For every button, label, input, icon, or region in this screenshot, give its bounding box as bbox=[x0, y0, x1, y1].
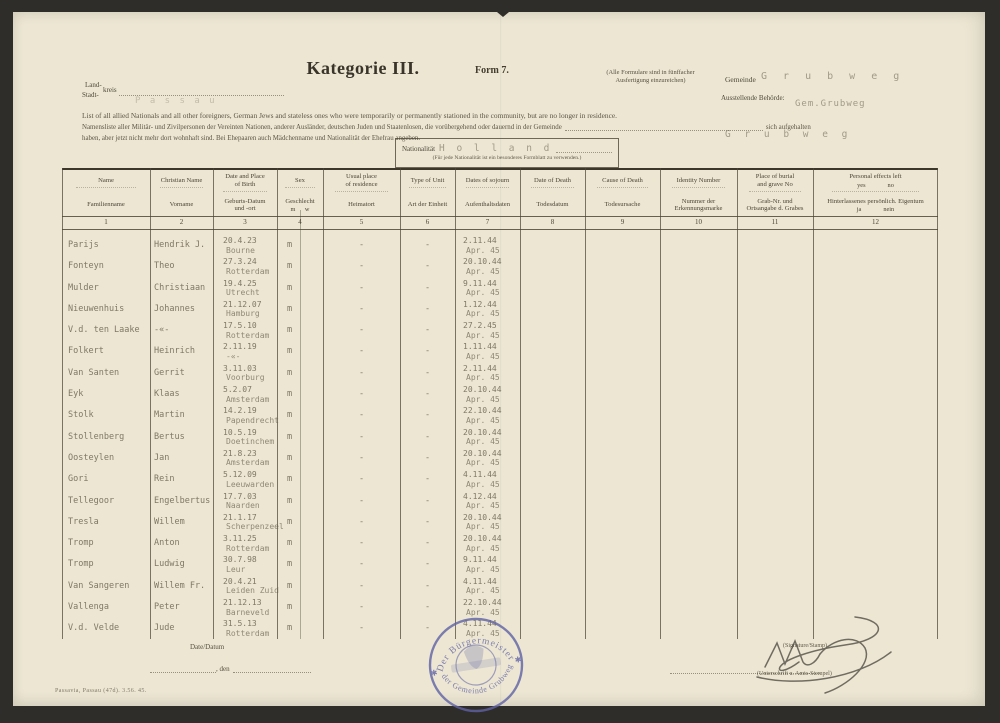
cell-birth: 19.4.25 Utrecht bbox=[213, 277, 277, 298]
column-number-text: 6 bbox=[426, 219, 430, 226]
cell-death-cause bbox=[585, 575, 660, 596]
cell-death-date bbox=[520, 234, 585, 255]
birth-place: Bourne bbox=[226, 246, 277, 256]
cell-death-cause bbox=[585, 277, 660, 298]
cell-death-cause bbox=[585, 362, 660, 383]
cell-name: Tellegoor bbox=[62, 490, 150, 511]
birth-place: Hamburg bbox=[226, 309, 277, 319]
cell-effects bbox=[813, 532, 938, 553]
behoerde-label: Ausstellende Behörde: bbox=[721, 94, 785, 102]
cell-sojourn: 9.11.44 Apr. 45 bbox=[455, 277, 520, 298]
cell-name: V.d. Velde bbox=[62, 617, 150, 638]
column-number-text: 12 bbox=[872, 219, 879, 226]
copies-note: (Alle Formulare sind in fünffacher Ausfe… bbox=[578, 69, 723, 84]
cell-birth: 27.3.24 Rotterdam bbox=[213, 255, 277, 276]
column-header-de: Todesdatum bbox=[520, 195, 585, 216]
sojourn-from: 9.11.44 bbox=[463, 555, 520, 565]
birth-date: 10.5.19 bbox=[223, 428, 277, 438]
cell-vorname: Gerrit bbox=[150, 362, 213, 383]
column-header-en-text: Date and Place of Birth bbox=[225, 173, 265, 188]
cell-death-cause bbox=[585, 340, 660, 361]
cell-sex: m bbox=[277, 234, 323, 255]
sojourn-to: Apr. 45 bbox=[466, 267, 520, 277]
cell-vorname: Ludwig bbox=[150, 553, 213, 574]
column-header-en: Dates of sojourn bbox=[455, 170, 520, 195]
sojourn-to: Apr. 45 bbox=[466, 501, 520, 511]
cell-birth: 10.5.19 Doetinchem bbox=[213, 426, 277, 447]
cell-identity bbox=[660, 340, 737, 361]
column-number: 10 bbox=[660, 216, 737, 229]
cell-sex: m bbox=[277, 383, 323, 404]
cell-burial bbox=[737, 277, 813, 298]
birth-date: 17.5.10 bbox=[223, 321, 277, 331]
sojourn-from: 20.10.44 bbox=[463, 428, 520, 438]
cell-unit: - bbox=[400, 447, 455, 468]
cell-death-cause bbox=[585, 383, 660, 404]
cell-vorname: Peter bbox=[150, 596, 213, 617]
cell-birth: 5.12.09 Leeuwarden bbox=[213, 468, 277, 489]
cell-effects bbox=[813, 468, 938, 489]
column-number-text: 10 bbox=[695, 219, 702, 226]
birth-date: 17.7.03 bbox=[223, 492, 277, 502]
cell-effects bbox=[813, 511, 938, 532]
column-header-de: Geschlecht m w bbox=[277, 195, 323, 216]
cell-sojourn: 2.11.44 Apr. 45 bbox=[455, 362, 520, 383]
column-number-text: 5 bbox=[360, 219, 364, 226]
cell-burial bbox=[737, 532, 813, 553]
cell-death-date bbox=[520, 490, 585, 511]
cell-sex: m bbox=[277, 426, 323, 447]
birth-place: Rotterdam bbox=[226, 629, 277, 639]
table-header: Name Christian Name Date and Place of Bi… bbox=[62, 170, 938, 229]
birth-place: Amsterdam bbox=[226, 458, 277, 468]
handwritten-signature bbox=[735, 607, 920, 702]
sojourn-to: Apr. 45 bbox=[466, 586, 520, 596]
cell-unit: - bbox=[400, 575, 455, 596]
cell-residence: - bbox=[323, 490, 400, 511]
cell-residence: - bbox=[323, 234, 400, 255]
cell-death-cause bbox=[585, 234, 660, 255]
column-header-de-text: Aufenthaltsdaten bbox=[465, 201, 510, 208]
column-number: 2 bbox=[150, 216, 213, 229]
birth-place: Rotterdam bbox=[226, 267, 277, 277]
cell-birth: 21.8.23 Amsterdam bbox=[213, 447, 277, 468]
cell-birth: 20.4.21 Leiden Zuid bbox=[213, 575, 277, 596]
column-header-en: Place of burial and grave No bbox=[737, 170, 813, 195]
cell-sex: m bbox=[277, 298, 323, 319]
cell-sex: m bbox=[277, 617, 323, 638]
column-number-text: 4 bbox=[298, 219, 302, 226]
cell-birth: 21.1.17 Scherpenzeel bbox=[213, 511, 277, 532]
cell-sojourn: 1.12.44 Apr. 45 bbox=[455, 298, 520, 319]
cell-sojourn: 4.11.44 Apr. 45 bbox=[455, 575, 520, 596]
cell-burial bbox=[737, 426, 813, 447]
cell-burial bbox=[737, 362, 813, 383]
cell-birth: 2.11.19 -«- bbox=[213, 340, 277, 361]
cell-death-cause bbox=[585, 426, 660, 447]
column-header-de: Familienname bbox=[62, 195, 150, 216]
column-number: 1 bbox=[62, 216, 150, 229]
sojourn-to: Apr. 45 bbox=[466, 331, 520, 341]
cell-death-cause bbox=[585, 511, 660, 532]
cell-death-cause bbox=[585, 596, 660, 617]
cell-name: Eyk bbox=[62, 383, 150, 404]
cell-name: Stolk bbox=[62, 404, 150, 425]
cell-death-date bbox=[520, 362, 585, 383]
fold-notch bbox=[497, 12, 509, 17]
kreis-label: kreis bbox=[103, 86, 117, 94]
nationality-dotted-line bbox=[556, 144, 612, 153]
sojourn-from: 1.11.44 bbox=[463, 342, 520, 352]
birth-date: 27.3.24 bbox=[223, 257, 277, 267]
sojourn-from: 2.11.44 bbox=[463, 364, 520, 374]
cell-sojourn: 20.10.44 Apr. 45 bbox=[455, 426, 520, 447]
cell-residence: - bbox=[323, 596, 400, 617]
cell-identity bbox=[660, 511, 737, 532]
cell-sex: m bbox=[277, 575, 323, 596]
sojourn-from: 20.10.44 bbox=[463, 513, 520, 523]
cell-unit: - bbox=[400, 511, 455, 532]
cell-burial bbox=[737, 255, 813, 276]
cell-sex: m bbox=[277, 404, 323, 425]
cell-death-cause bbox=[585, 532, 660, 553]
cell-name: Van Sangeren bbox=[62, 575, 150, 596]
cell-effects bbox=[813, 575, 938, 596]
birth-place: Rotterdam bbox=[226, 544, 277, 554]
birth-date: 20.4.21 bbox=[223, 577, 277, 587]
cell-death-cause bbox=[585, 298, 660, 319]
column-header-en: Cause of Death bbox=[585, 170, 660, 195]
cell-residence: - bbox=[323, 553, 400, 574]
cell-birth: 3.11.25 Rotterdam bbox=[213, 532, 277, 553]
column-header-en-sub: yes no bbox=[857, 182, 894, 189]
sojourn-from: 20.10.44 bbox=[463, 534, 520, 544]
cell-effects bbox=[813, 404, 938, 425]
cell-sex: m bbox=[277, 277, 323, 298]
cell-sex: m bbox=[277, 596, 323, 617]
cell-vorname: Heinrich bbox=[150, 340, 213, 361]
column-header-de-text: Hinterlassenes persönlich. Eigentum bbox=[827, 198, 924, 205]
cell-vorname: Anton bbox=[150, 532, 213, 553]
german-line1-text: Namensliste aller Militär- und Zivilpers… bbox=[82, 124, 562, 131]
prisoner-table: Name Christian Name Date and Place of Bi… bbox=[62, 168, 938, 639]
cell-unit: - bbox=[400, 277, 455, 298]
cell-death-date bbox=[520, 298, 585, 319]
column-header-de: Aufenthaltsdaten bbox=[455, 195, 520, 216]
cell-effects bbox=[813, 383, 938, 404]
cell-vorname: Klaas bbox=[150, 383, 213, 404]
column-header-en: Sex bbox=[277, 170, 323, 195]
cell-effects bbox=[813, 553, 938, 574]
birth-date: 30.7.98 bbox=[223, 555, 277, 565]
cell-unit: - bbox=[400, 234, 455, 255]
cell-identity bbox=[660, 255, 737, 276]
cell-burial bbox=[737, 511, 813, 532]
column-header-en: Identity Number bbox=[660, 170, 737, 195]
cell-vorname: Willem Fr. bbox=[150, 575, 213, 596]
cell-identity bbox=[660, 362, 737, 383]
behoerde-value: Gem.Grubweg bbox=[795, 99, 866, 109]
cell-burial bbox=[737, 553, 813, 574]
cell-birth: 21.12.13 Barneveld bbox=[213, 596, 277, 617]
cell-death-date bbox=[520, 383, 585, 404]
cell-identity bbox=[660, 383, 737, 404]
column-header-en-text: Usual place of residence bbox=[345, 173, 377, 188]
sojourn-from: 1.12.44 bbox=[463, 300, 520, 310]
column-header-en: Christian Name bbox=[150, 170, 213, 195]
cell-death-date bbox=[520, 255, 585, 276]
birth-date: 31.5.13 bbox=[223, 619, 277, 629]
cell-death-date bbox=[520, 340, 585, 361]
cell-death-cause bbox=[585, 447, 660, 468]
date-label: Date/Datum bbox=[190, 643, 224, 651]
sojourn-from: 4.12.44 bbox=[463, 492, 520, 502]
cell-burial bbox=[737, 383, 813, 404]
column-header-en-text: Identity Number bbox=[677, 177, 721, 184]
sojourn-to: Apr. 45 bbox=[466, 522, 520, 532]
sojourn-to: Apr. 45 bbox=[466, 458, 520, 468]
cell-death-date bbox=[520, 319, 585, 340]
kreis-value: P a s s a u bbox=[135, 96, 217, 106]
nationality-label: Nationalität bbox=[402, 145, 435, 153]
column-header-de-text: Todesursache bbox=[605, 201, 641, 208]
date-dotted-line bbox=[233, 664, 311, 673]
cell-burial bbox=[737, 490, 813, 511]
cell-death-date bbox=[520, 617, 585, 638]
cell-death-cause bbox=[585, 553, 660, 574]
sojourn-to: Apr. 45 bbox=[466, 309, 520, 319]
cell-name: Mulder bbox=[62, 277, 150, 298]
cell-residence: - bbox=[323, 447, 400, 468]
scan-background: Kategorie III. Form 7. (Alle Formulare s… bbox=[0, 0, 1000, 723]
copies-note-line2: Ausfertigung einzureichen) bbox=[578, 77, 723, 85]
cell-death-cause bbox=[585, 490, 660, 511]
copies-note-line1: (Alle Formulare sind in fünffacher bbox=[578, 69, 723, 77]
cell-identity bbox=[660, 298, 737, 319]
cell-residence: - bbox=[323, 617, 400, 638]
sojourn-from: 4.11.44 bbox=[463, 470, 520, 480]
birth-date: 21.8.23 bbox=[223, 449, 277, 459]
column-header-en-text: Date of Death bbox=[534, 177, 571, 184]
gemeinde-label: Gemeinde bbox=[725, 75, 756, 84]
column-header-de: Heimatort bbox=[323, 195, 400, 216]
cell-residence: - bbox=[323, 255, 400, 276]
cell-vorname: Hendrik J. bbox=[150, 234, 213, 255]
column-header-de-text: Todesdatum bbox=[536, 201, 568, 208]
cell-vorname: Jude bbox=[150, 617, 213, 638]
birth-date: 5.12.09 bbox=[223, 470, 277, 480]
nationality-box: Nationalität H o l l a n d (Für jede Nat… bbox=[395, 138, 619, 168]
sojourn-to: Apr. 45 bbox=[466, 416, 520, 426]
cell-sex: m bbox=[277, 362, 323, 383]
cell-unit: - bbox=[400, 298, 455, 319]
sojourn-to: Apr. 45 bbox=[466, 373, 520, 383]
cell-effects bbox=[813, 234, 938, 255]
cell-sex: m bbox=[277, 532, 323, 553]
nationality-note: (Für jede Nationalität ist ein besondere… bbox=[402, 155, 612, 161]
cell-sex: m bbox=[277, 255, 323, 276]
cell-residence: - bbox=[323, 362, 400, 383]
column-header-de-text: Geschlecht bbox=[285, 198, 314, 205]
gemeinde-value: G r u b w e g bbox=[761, 71, 904, 82]
column-header-en-text: Cause of Death bbox=[602, 177, 643, 184]
cell-residence: - bbox=[323, 319, 400, 340]
cell-residence: - bbox=[323, 340, 400, 361]
column-number: 9 bbox=[585, 216, 660, 229]
cell-vorname: Christiaan bbox=[150, 277, 213, 298]
cell-vorname: Johannes bbox=[150, 298, 213, 319]
cell-effects bbox=[813, 298, 938, 319]
cell-vorname: -«- bbox=[150, 319, 213, 340]
column-header-de: Vorname bbox=[150, 195, 213, 216]
cell-birth: 3.11.03 Voorburg bbox=[213, 362, 277, 383]
cell-birth: 5.2.07 Amsterdam bbox=[213, 383, 277, 404]
cell-residence: - bbox=[323, 426, 400, 447]
column-header-de-sub: ja nein bbox=[857, 206, 894, 213]
cell-sojourn: 2.11.44 Apr. 45 bbox=[455, 234, 520, 255]
column-header-de: Grab-Nr. und Ortsangabe d. Grabes bbox=[737, 195, 813, 216]
sojourn-to: Apr. 45 bbox=[466, 395, 520, 405]
cell-sojourn: 20.10.44 Apr. 45 bbox=[455, 511, 520, 532]
cell-name: Van Santen bbox=[62, 362, 150, 383]
place-date-line: , den bbox=[150, 664, 311, 673]
cell-vorname: Jan bbox=[150, 447, 213, 468]
column-number-text: 11 bbox=[772, 219, 779, 226]
column-header-de-text: Art der Einheit bbox=[408, 201, 448, 208]
cell-birth: 31.5.13 Rotterdam bbox=[213, 617, 277, 638]
birth-date: 21.12.07 bbox=[223, 300, 277, 310]
english-description: List of all allied Nationals and all oth… bbox=[82, 111, 927, 120]
sojourn-from: 9.11.44 bbox=[463, 279, 520, 289]
column-header-de-text: Nummer der Erkennungsmarke bbox=[675, 198, 723, 213]
cell-sex: m bbox=[277, 553, 323, 574]
den-label: , den bbox=[216, 665, 230, 673]
cell-sojourn: 20.10.44 Apr. 45 bbox=[455, 383, 520, 404]
cell-sojourn: 20.10.44 Apr. 45 bbox=[455, 532, 520, 553]
sojourn-to: Apr. 45 bbox=[466, 480, 520, 490]
cell-birth: 21.12.07 Hamburg bbox=[213, 298, 277, 319]
column-header-en-text: Name bbox=[98, 177, 114, 184]
birth-date: 21.12.13 bbox=[223, 598, 277, 608]
cell-sojourn: 20.10.44 Apr. 45 bbox=[455, 255, 520, 276]
sojourn-from: 2.11.44 bbox=[463, 236, 520, 246]
column-header-de: Todesursache bbox=[585, 195, 660, 216]
sojourn-from: 20.10.44 bbox=[463, 385, 520, 395]
cell-name: Fonteyn bbox=[62, 255, 150, 276]
birth-place: Leur bbox=[226, 565, 277, 575]
cell-burial bbox=[737, 447, 813, 468]
cell-birth: 14.2.19 Papendrecht bbox=[213, 404, 277, 425]
cell-sojourn: 4.11.44 Apr. 45 bbox=[455, 468, 520, 489]
cell-death-cause bbox=[585, 255, 660, 276]
cell-vorname: Rein bbox=[150, 468, 213, 489]
birth-place: -«- bbox=[226, 352, 277, 362]
column-number-text: 3 bbox=[243, 219, 247, 226]
birth-date: 3.11.03 bbox=[223, 364, 277, 374]
column-number: 11 bbox=[737, 216, 813, 229]
cell-name: Tresla bbox=[62, 511, 150, 532]
birth-date: 19.4.25 bbox=[223, 279, 277, 289]
birth-place: Scherpenzeel bbox=[226, 522, 277, 532]
cell-burial bbox=[737, 468, 813, 489]
sojourn-from: 22.10.44 bbox=[463, 406, 520, 416]
cell-unit: - bbox=[400, 404, 455, 425]
cell-death-date bbox=[520, 426, 585, 447]
cell-identity bbox=[660, 319, 737, 340]
cell-unit: - bbox=[400, 319, 455, 340]
kreis-dotted-line bbox=[119, 86, 284, 96]
cell-burial bbox=[737, 575, 813, 596]
column-header-en-text: Dates of sojourn bbox=[466, 177, 510, 184]
cell-birth: 30.7.98 Leur bbox=[213, 553, 277, 574]
birth-place: Utrecht bbox=[226, 288, 277, 298]
cell-name: Tromp bbox=[62, 532, 150, 553]
cell-name: Vallenga bbox=[62, 596, 150, 617]
column-header-de-text: Familienname bbox=[87, 201, 125, 208]
cell-name: Tromp bbox=[62, 553, 150, 574]
cell-death-date bbox=[520, 447, 585, 468]
sojourn-from: 20.10.44 bbox=[463, 449, 520, 459]
column-header-en-text: Christian Name bbox=[161, 177, 203, 184]
column-number: 6 bbox=[400, 216, 455, 229]
cell-sex: m bbox=[277, 340, 323, 361]
cell-unit: - bbox=[400, 255, 455, 276]
cell-identity bbox=[660, 426, 737, 447]
cell-sojourn: 22.10.44 Apr. 45 bbox=[455, 404, 520, 425]
column-header-de: Geburts-Datum und -ort bbox=[213, 195, 277, 216]
cell-sex: m bbox=[277, 319, 323, 340]
cell-sojourn: 20.10.44 Apr. 45 bbox=[455, 447, 520, 468]
birth-date: 14.2.19 bbox=[223, 406, 277, 416]
cell-sex: m bbox=[277, 511, 323, 532]
document-page: Kategorie III. Form 7. (Alle Formulare s… bbox=[13, 12, 985, 706]
cell-residence: - bbox=[323, 298, 400, 319]
cell-residence: - bbox=[323, 511, 400, 532]
column-number: 5 bbox=[323, 216, 400, 229]
cell-name: Nieuwenhuis bbox=[62, 298, 150, 319]
cell-birth: 17.7.03 Naarden bbox=[213, 490, 277, 511]
cell-burial bbox=[737, 319, 813, 340]
nationality-value: H o l l a n d bbox=[439, 143, 552, 154]
cell-identity bbox=[660, 596, 737, 617]
birth-date: 2.11.19 bbox=[223, 342, 277, 352]
cell-death-date bbox=[520, 532, 585, 553]
column-number-text: 2 bbox=[180, 219, 184, 226]
birth-date: 20.4.23 bbox=[223, 236, 277, 246]
cell-identity bbox=[660, 404, 737, 425]
cell-death-date bbox=[520, 596, 585, 617]
cell-burial bbox=[737, 404, 813, 425]
cell-name: Folkert bbox=[62, 340, 150, 361]
column-header-de-text: Heimatort bbox=[348, 201, 375, 208]
birth-place: Voorburg bbox=[226, 373, 277, 383]
cell-sojourn: 1.11.44 Apr. 45 bbox=[455, 340, 520, 361]
sojourn-from: 27.2.45 bbox=[463, 321, 520, 331]
municipal-stamp: Der Bürgermeister der Gemeinde Grubweg ✱… bbox=[413, 602, 539, 723]
cell-vorname: Willem bbox=[150, 511, 213, 532]
column-header-en: Type of Unit bbox=[400, 170, 455, 195]
birth-date: 5.2.07 bbox=[223, 385, 277, 395]
birth-date: 21.1.17 bbox=[223, 513, 277, 523]
cell-death-cause bbox=[585, 404, 660, 425]
cell-death-date bbox=[520, 468, 585, 489]
printer-imprint: Passavia, Passau (47d). 3.56. 45. bbox=[55, 688, 147, 694]
sojourn-to: Apr. 45 bbox=[466, 544, 520, 554]
cell-identity bbox=[660, 490, 737, 511]
sojourn-to: Apr. 45 bbox=[466, 352, 520, 362]
cell-effects bbox=[813, 447, 938, 468]
column-number: 7 bbox=[455, 216, 520, 229]
